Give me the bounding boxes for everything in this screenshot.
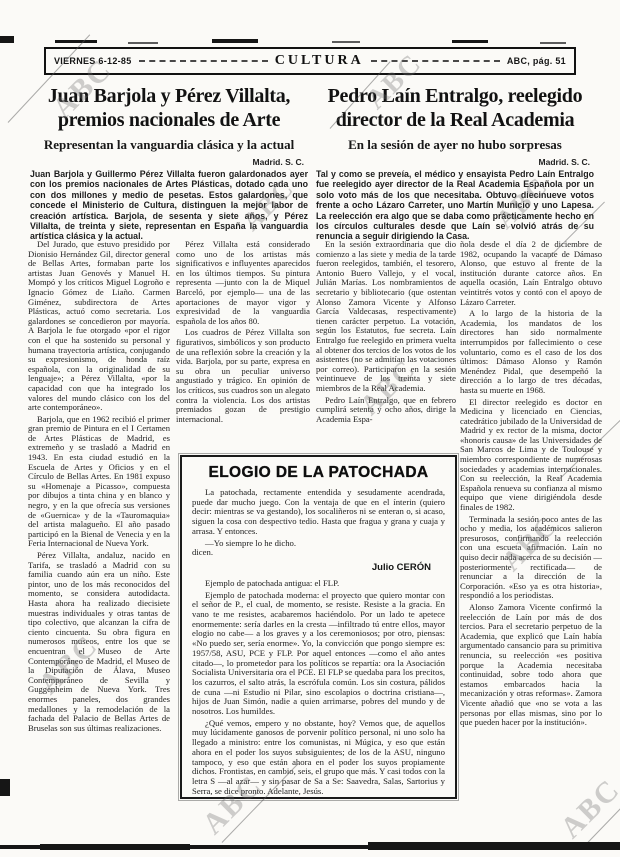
boxed-quote-tail: dicen. <box>192 548 445 558</box>
body-paragraph: A lo largo de la historia de la Academia… <box>460 309 602 395</box>
body-paragraph: El director reelegido es doctor en Medic… <box>460 398 602 513</box>
body-paragraph: Los cuadros de Pérez Villalta son figura… <box>176 328 310 424</box>
scan-artifact <box>55 40 97 43</box>
boxed-paragraph: ¿Qué vemos, empero y no obstante, hoy? V… <box>192 719 445 797</box>
newspaper-page: VIERNES 6-12-85 CULTURA ABC, pág. 51 Jua… <box>0 0 620 857</box>
scan-artifact <box>0 36 14 43</box>
left-headline: Juan Barjola y Pérez Villalta, premios n… <box>28 84 310 132</box>
right-article-column-2: ñola desde el día 2 de diciembre de 1982… <box>460 240 602 802</box>
right-subhead: En la sesión de ayer no hubo sorpresas <box>314 137 596 153</box>
left-lead-paragraph: Juan Barjola y Guillermo Pérez Villalta … <box>30 169 308 242</box>
body-paragraph: Del Jurado, que estuvo presidido por Dio… <box>28 240 170 413</box>
left-subhead: Representan la vanguardia clásica y la a… <box>28 137 310 153</box>
scan-artifact <box>128 42 158 44</box>
section-title: CULTURA <box>275 53 364 69</box>
boxed-article: ELOGIO DE LA PATOCHADA La patochada, rec… <box>180 455 457 799</box>
left-article-column-2: Pérez Villalta está considerado como uno… <box>176 240 310 450</box>
header-page-number: ABC, pág. 51 <box>507 56 566 66</box>
body-paragraph: ñola desde el día 2 de diciembre de 1982… <box>460 240 602 307</box>
boxed-paragraph: Ejemplo de patochada antigua: el FLP. <box>192 579 445 589</box>
left-article-header: Juan Barjola y Pérez Villalta, premios n… <box>28 84 310 242</box>
body-paragraph: Pérez Villalta está considerado como uno… <box>176 240 310 326</box>
body-paragraph: En la sesión extraordinaria que dio comi… <box>316 240 456 394</box>
right-article-header: Pedro Laín Entralgo, reelegido director … <box>314 84 596 242</box>
left-article-column-1: Del Jurado, que estuvo presidido por Dio… <box>28 240 170 802</box>
scan-artifact <box>540 42 566 44</box>
scan-artifact <box>452 40 488 43</box>
body-paragraph: Alonso Zamora Vicente confirmó la reelec… <box>460 603 602 728</box>
left-byline: Madrid. S. C. <box>28 157 304 167</box>
page-header: VIERNES 6-12-85 CULTURA ABC, pág. 51 <box>44 47 576 75</box>
body-paragraph: Pérez Villalta, andaluz, nacido en Tarif… <box>28 551 170 733</box>
header-rule <box>139 60 268 62</box>
boxed-intro: La patochada, rectamente entendida y ses… <box>192 488 445 537</box>
scan-artifact <box>332 41 360 43</box>
body-paragraph: Barjola, que en 1962 recibió el primer g… <box>28 415 170 549</box>
right-lead-paragraph: Tal y como se preveía, el médico y ensay… <box>316 169 594 242</box>
body-paragraph: Pedro Laín Entralgo, que en febrero cump… <box>316 396 456 425</box>
boxed-paragraph: Ejemplo de patochada moderna: el proyect… <box>192 591 445 717</box>
boxed-article-author: Julio CERÓN <box>192 562 431 573</box>
bottom-rule <box>368 842 620 850</box>
right-byline: Madrid. S. C. <box>314 157 590 167</box>
body-paragraph: Terminada la sesión poco antes de las oc… <box>460 515 602 601</box>
boxed-article-title: ELOGIO DE LA PATOCHADA <box>192 464 445 482</box>
header-rule <box>371 60 500 62</box>
header-date: VIERNES 6-12-85 <box>54 56 132 66</box>
boxed-quote: —Yo siempre lo he dicho. <box>192 539 445 549</box>
bottom-rule <box>40 844 190 850</box>
right-headline: Pedro Laín Entralgo, reelegido director … <box>314 84 596 132</box>
scan-artifact <box>212 39 258 43</box>
right-article-column-1: En la sesión extraordinaria que dio comi… <box>316 240 456 452</box>
scan-artifact <box>0 779 10 796</box>
